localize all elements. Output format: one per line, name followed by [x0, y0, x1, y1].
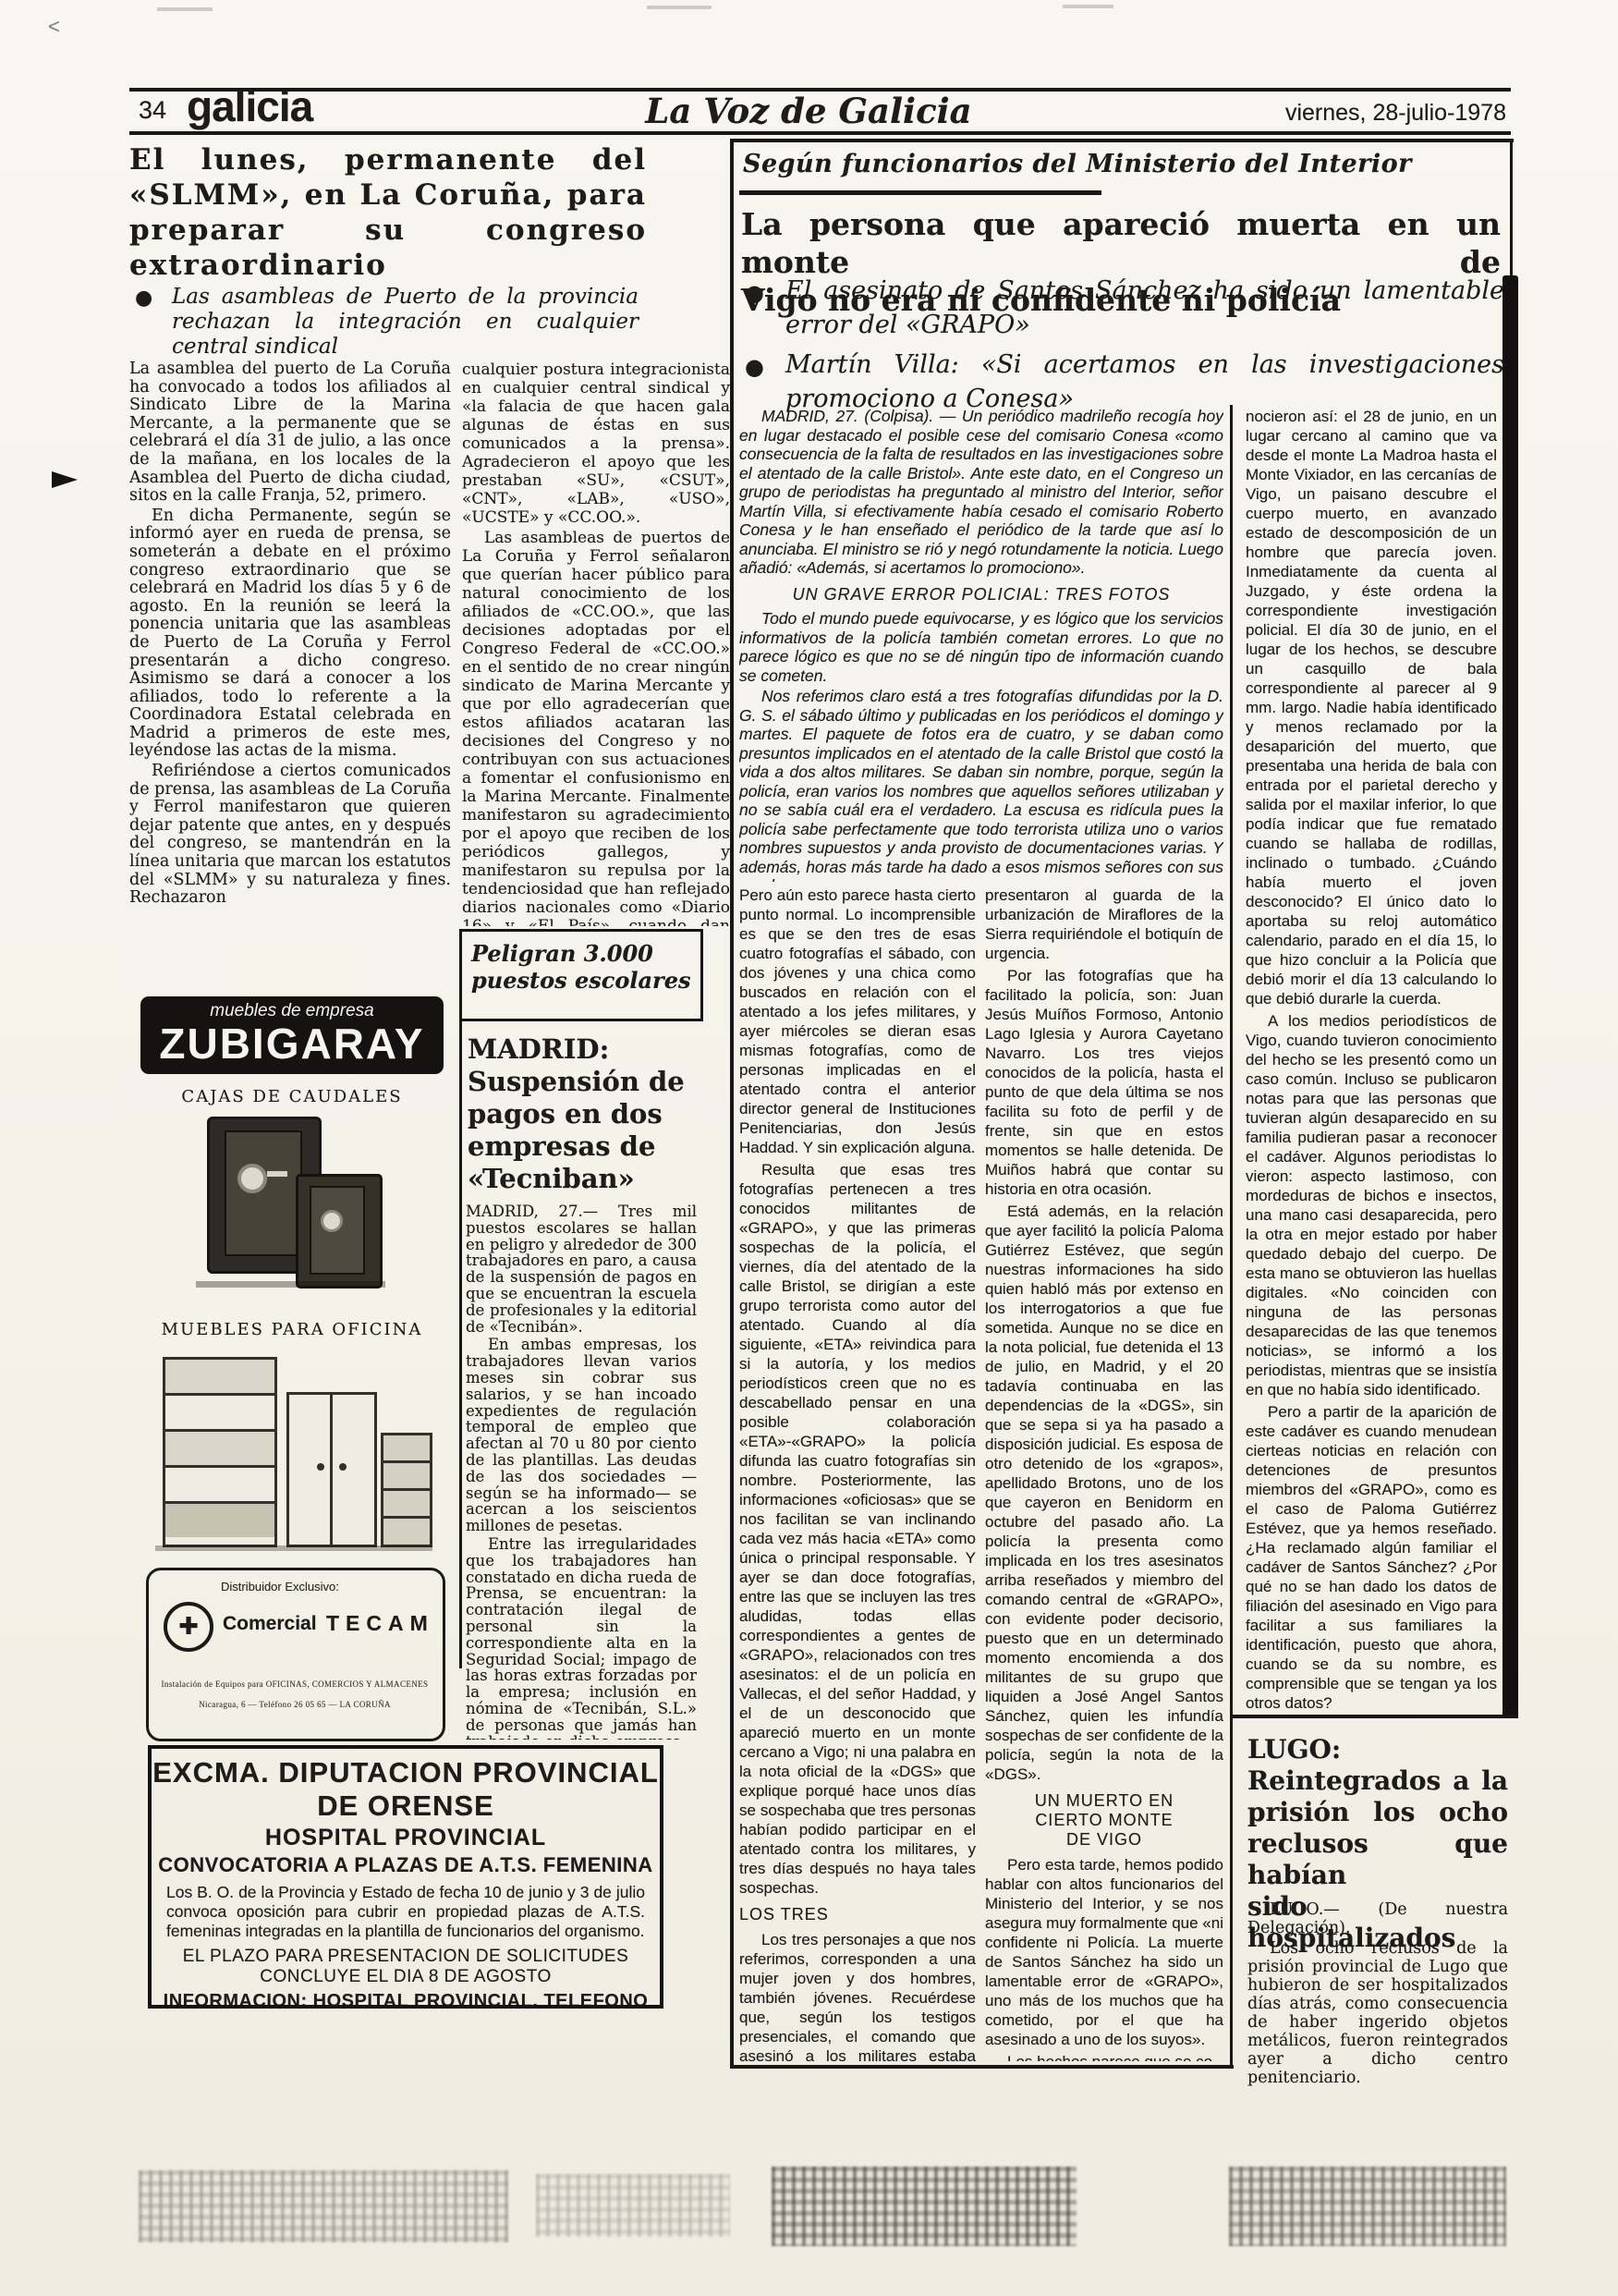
cabinet-door-split [330, 1395, 333, 1545]
page-number: 34 [139, 96, 166, 125]
crosshead: UN MUERTO EN CIERTO MONTE DE VIGO [985, 1791, 1223, 1850]
headline-line: pagos en dos [468, 1098, 695, 1130]
headline-line: Suspensión de [468, 1066, 695, 1098]
crosshead-line: CIERTO MONTE [985, 1811, 1223, 1830]
scan-artifact [1063, 5, 1113, 8]
ad-title-line: EXCMA. DIPUTACION PROVINCIAL [152, 1756, 660, 1789]
paragraph: nocieron así: el 28 de junio, en un luga… [1246, 407, 1497, 1008]
safe-door [225, 1130, 302, 1256]
newspaper-page: < 34 galicia La Voz de Galicia viernes, … [0, 0, 1618, 2296]
paragraph: Resulta que esas tres fotografías perten… [739, 1160, 976, 1898]
paragraph: Las asambleas de puertos de La Coruña y … [462, 529, 730, 926]
lugo-body: LUGO.— (De nuestra Delegación). Los ocho… [1247, 1900, 1508, 2141]
cabinet [286, 1392, 377, 1547]
main-box-divider [1230, 405, 1233, 2069]
print-noise [772, 2167, 1077, 2246]
main-box-border-right [1510, 139, 1513, 279]
distributor-label: Distribuidor Exclusivo: [221, 1580, 339, 1594]
headline-line: Reintegrados a la [1247, 1765, 1508, 1797]
safe-shadow [196, 1281, 385, 1288]
drawer-unit [381, 1433, 432, 1547]
distributor-brand: TECAM [326, 1611, 434, 1636]
paragraph: A los medios periodísticos de Vigo, cuan… [1246, 1011, 1497, 1399]
paragraph: Pero aún esto parece hasta cierto punto … [739, 885, 976, 1157]
ad-subtitle: CONVOCATORIA A PLAZAS DE A.T.S. FEMENINA [152, 1853, 660, 1877]
headline-line: MADRID: [468, 1033, 695, 1066]
paragraph: Todo el mundo puede equivocarse, y es ló… [739, 609, 1223, 685]
bullet-icon: ● [745, 276, 764, 311]
safe-small [296, 1174, 383, 1288]
paragraph: LUGO.— (De nuestra Delegación). [1247, 1900, 1508, 1937]
ad-body: Los B. O. de la Provincia y Estado de fe… [166, 1883, 645, 1941]
paragraph: Por las fotografías que ha facilitado la… [985, 966, 1223, 1199]
ad-fine-print: Nicaragua, 6 — Teléfono 26 05 65 — LA CO… [158, 1700, 432, 1709]
office-label: MUEBLES PARA OFICINA [140, 1320, 444, 1339]
print-noise [1229, 2167, 1506, 2246]
tecniban-kicker-box: Peligran 3.000 puestos escolares [459, 929, 703, 1021]
print-noise [536, 2174, 730, 2237]
main-lead: MADRID, 27. (Colpisa). — Un periódico ma… [739, 407, 1223, 882]
page-edge-ink-bar [1502, 275, 1518, 1717]
cabinet-knob [317, 1463, 324, 1471]
bullet-item: ● El asesinato de Santos Sánchez ha sido… [739, 274, 1504, 342]
corner-mark-icon: < [48, 15, 60, 39]
cabinet-knob [339, 1463, 347, 1471]
headline-line: preparar su congreso [129, 213, 647, 248]
safe-handle [267, 1171, 287, 1177]
headline-line: «SLMM», en La Coruña, para [129, 177, 647, 213]
crosshead-line: UN MUERTO EN [985, 1791, 1223, 1811]
slmm-subhead: Las asambleas de Puerto de la provincia … [172, 285, 639, 360]
paragraph: Entre las irregularidades que los trabaj… [466, 1536, 697, 1740]
paragraph: cualquier postura integracionista en cua… [462, 360, 730, 527]
crosshead-line: DE VIGO [985, 1830, 1223, 1850]
ad-subtitle: HOSPITAL PROVINCIAL [152, 1825, 660, 1851]
bookshelf [163, 1357, 277, 1547]
print-noise [139, 2170, 508, 2242]
safe-dial [237, 1164, 267, 1193]
headline-line: «Tecniban» [468, 1163, 695, 1195]
paragraph: Pero esta tarde, hemos podido hablar con… [985, 1855, 1223, 2049]
section-logo: galicia [187, 81, 312, 131]
main-box-border-left [730, 139, 734, 2069]
paragraph: MADRID, 27. (Colpisa). — Un periódico ma… [739, 407, 1223, 578]
paragraph: Está además, en la relación que ayer fac… [985, 1202, 1223, 1784]
bullet-icon: ● [745, 350, 764, 385]
ad-contact-info: INFORMACION: HOSPITAL PROVINCIAL. TELEFO… [152, 1991, 660, 2009]
main-kicker: Según funcionarios del Ministerio del In… [743, 150, 1412, 178]
safe-dial [321, 1210, 343, 1232]
bullet-text: El asesinato de Santos Sánchez ha sido u… [785, 276, 1504, 339]
main-box-border-bottom [730, 2065, 1234, 2069]
margin-pointer-mark [52, 471, 78, 488]
diputacion-ad-box: EXCMA. DIPUTACION PROVINCIAL DE ORENSE H… [148, 1745, 663, 2009]
ad-fine-print: Instalación de Equipos para OFICINAS, CO… [158, 1679, 432, 1689]
headline-line: empresas de [468, 1130, 695, 1163]
slmm-column-1: La asamblea del puerto de La Coruña ha c… [129, 360, 451, 993]
paragraph: Los hechos parece que se co- [985, 2052, 1223, 2061]
paragraph: Refiriéndose a ciertos comunicados de pr… [129, 763, 451, 908]
bullet-text: Martín Villa: «Si acertamos en las inves… [785, 350, 1504, 413]
zubigaray-tagline: muebles de empresa [140, 996, 444, 1021]
headline-line: prisión los ocho [1247, 1797, 1508, 1828]
slmm-headline: El lunes, permanente del «SLMM», en La C… [129, 142, 647, 283]
tecniban-body: MADRID, 27.— Tres mil puestos escolares … [466, 1203, 697, 1740]
headline-line: El lunes, permanente del [129, 142, 647, 177]
main-column-c: nocieron así: el 28 de junio, en un luga… [1246, 407, 1497, 1708]
tecniban-kicker: Peligran 3.000 puestos escolares [462, 932, 700, 1002]
paragraph: Pero a partir de la aparición de este ca… [1246, 1402, 1497, 1708]
paragraph: Los tres personajes a que nos referimos,… [739, 1930, 976, 2061]
ad-deadline: CONCLUYE EL DIA 8 DE AGOSTO [152, 1967, 660, 1987]
tecniban-left-rule [459, 929, 462, 1668]
kicker-underline [739, 190, 1101, 195]
paragraph: presentaron al guarda de la urbanización… [985, 885, 1223, 963]
headline-line: extraordinario [129, 248, 647, 283]
right-column-bottom-rule [1230, 1715, 1518, 1718]
tecam-logo-icon: ✚ [164, 1602, 213, 1652]
crosshead: LOS TRES [739, 1905, 976, 1924]
paragraph: En ambas empresas, los trabajadores llev… [466, 1337, 697, 1534]
headline-line: La persona que apareció muerta en un mon… [741, 205, 1501, 281]
header-rule-bottom [129, 131, 1511, 135]
safes-illustration [196, 1117, 390, 1288]
masthead: La Voz de Galicia [591, 91, 1026, 131]
slmm-column-2: cualquier postura integracionista en cua… [462, 360, 730, 926]
zubigaray-brand: ZUBIGARAY [140, 1021, 444, 1066]
paragraph: MADRID, 27.— Tres mil puestos escolares … [466, 1203, 697, 1335]
safes-label: CAJAS DE CAUDALES [140, 1087, 444, 1106]
paragraph: En dicha Permanente, según se informó ay… [129, 507, 451, 761]
tecniban-headline: MADRID: Suspensión de pagos en dos empre… [468, 1033, 695, 1195]
crosshead: UN GRAVE ERROR POLICIAL: TRES FOTOS [739, 585, 1223, 605]
edition-date: viernes, 28-julio-1978 [1183, 100, 1506, 127]
furniture-shadow [155, 1545, 432, 1551]
headline-line: reclusos que habían [1247, 1828, 1508, 1891]
ad-deadline: EL PLAZO PARA PRESENTACION DE SOLICITUDE… [152, 1947, 660, 1967]
scan-artifact [647, 6, 712, 9]
bullet-icon: ● [135, 287, 152, 310]
main-bullets: ● El asesinato de Santos Sánchez ha sido… [739, 274, 1504, 421]
main-column-b: presentaron al guarda de la urbanización… [985, 885, 1223, 2061]
distributor-name: Comercial [223, 1613, 317, 1635]
scan-artifact [157, 7, 213, 11]
bullet-item: ● Martín Villa: «Si acertamos en las inv… [739, 348, 1504, 416]
headline-line: LUGO: [1247, 1734, 1508, 1765]
office-furniture-illustration [155, 1350, 432, 1557]
paragraph: Nos referimos claro está a tres fotograf… [739, 687, 1223, 882]
main-column-a: Pero aún esto parece hasta cierto punto … [739, 885, 976, 2061]
zubigaray-banner: muebles de empresa ZUBIGARAY [140, 996, 444, 1074]
main-box-border-top [730, 139, 1514, 142]
paragraph: La asamblea del puerto de La Coruña ha c… [129, 360, 451, 506]
paragraph: Los ocho reclusos de la prisión provinci… [1247, 1939, 1508, 2087]
ad-title-line: DE ORENSE [152, 1789, 660, 1823]
tecam-footer-box: Distribuidor Exclusivo: ✚ Comercial TECA… [146, 1568, 445, 1741]
